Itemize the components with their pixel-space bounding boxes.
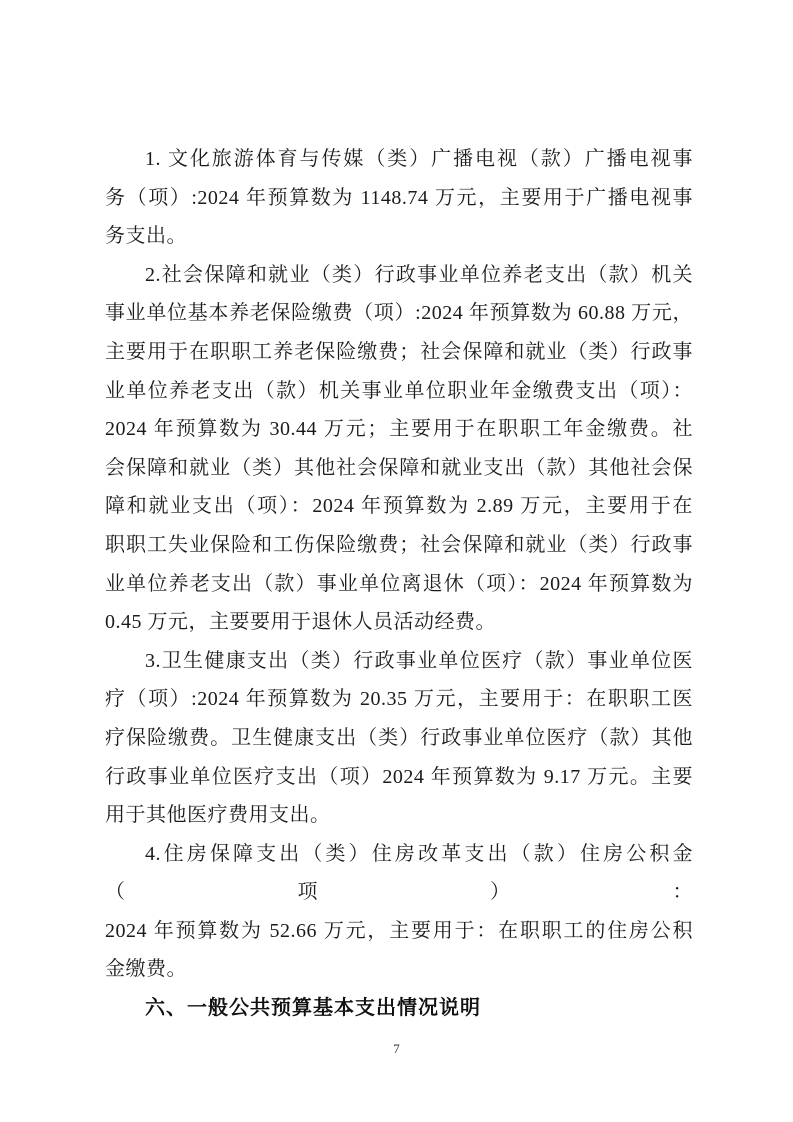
section-heading-line: 六、一般公共预算基本支出情况说明	[105, 989, 693, 1028]
text-line: 疗（项）:2024 年预算数为 20.35 万元，主要用于：在职职工医	[105, 680, 693, 719]
page-number: 7	[0, 1040, 793, 1058]
text-line: 用于其他医疗费用支出。	[105, 796, 693, 835]
text-line: 2.社会保障和就业（类）行政事业单位养老支出（款）机关	[105, 256, 693, 295]
text-line: 0.45 万元，主要要用于退休人员活动经费。	[105, 603, 693, 642]
text-line: 业单位养老支出（款）机关事业单位职业年金缴费支出（项）：	[105, 372, 693, 411]
text-line: 金缴费。	[105, 950, 693, 989]
para-3-health: 3.卫生健康支出（类）行政事业单位医疗（款）事业单位医疗（项）:2024 年预算…	[105, 642, 693, 835]
para-4-housing: 4.住房保障支出（类）住房改革支出（款）住房公积金（项）：2024 年预算数为 …	[105, 835, 693, 989]
text-line: 2024 年预算数为 30.44 万元；主要用于在职职工年金缴费。社	[105, 410, 693, 449]
text-line: 2024 年预算数为 52.66 万元，主要用于：在职职工的住房公积	[105, 912, 693, 951]
text-line: 障和就业支出（项）：2024 年预算数为 2.89 万元，主要用于在	[105, 487, 693, 526]
document-body: 1. 文化旅游体育与传媒（类）广播电视（款）广播电视事务（项）:2024 年预算…	[105, 140, 693, 1028]
text-line: 1. 文化旅游体育与传媒（类）广播电视（款）广播电视事	[105, 140, 693, 179]
heading-section-6: 六、一般公共预算基本支出情况说明	[105, 989, 693, 1028]
text-line: 3.卫生健康支出（类）行政事业单位医疗（款）事业单位医	[105, 642, 693, 681]
text-line: 会保障和就业（类）其他社会保障和就业支出（款）其他社会保	[105, 449, 693, 488]
text-line: 疗保险缴费。卫生健康支出（类）行政事业单位医疗（款）其他	[105, 719, 693, 758]
text-line: 职职工失业保险和工伤保险缴费；社会保障和就业（类）行政事	[105, 526, 693, 565]
text-line: 4.住房保障支出（类）住房改革支出（款）住房公积金（项）：	[105, 835, 693, 912]
text-line: 务支出。	[105, 217, 693, 256]
document-page: 1. 文化旅游体育与传媒（类）广播电视（款）广播电视事务（项）:2024 年预算…	[0, 0, 793, 1122]
para-2-social-security: 2.社会保障和就业（类）行政事业单位养老支出（款）机关事业单位基本养老保险缴费（…	[105, 256, 693, 642]
text-line: 事业单位基本养老保险缴费（项）:2024 年预算数为 60.88 万元，	[105, 294, 693, 333]
text-line: 行政事业单位医疗支出（项）2024 年预算数为 9.17 万元。主要	[105, 758, 693, 797]
text-line: 务（项）:2024 年预算数为 1148.74 万元，主要用于广播电视事	[105, 179, 693, 218]
text-line: 主要用于在职职工养老保险缴费；社会保障和就业（类）行政事	[105, 333, 693, 372]
text-line: 业单位养老支出（款）事业单位离退休（项）：2024 年预算数为	[105, 565, 693, 604]
para-1-culture-tourism: 1. 文化旅游体育与传媒（类）广播电视（款）广播电视事务（项）:2024 年预算…	[105, 140, 693, 256]
